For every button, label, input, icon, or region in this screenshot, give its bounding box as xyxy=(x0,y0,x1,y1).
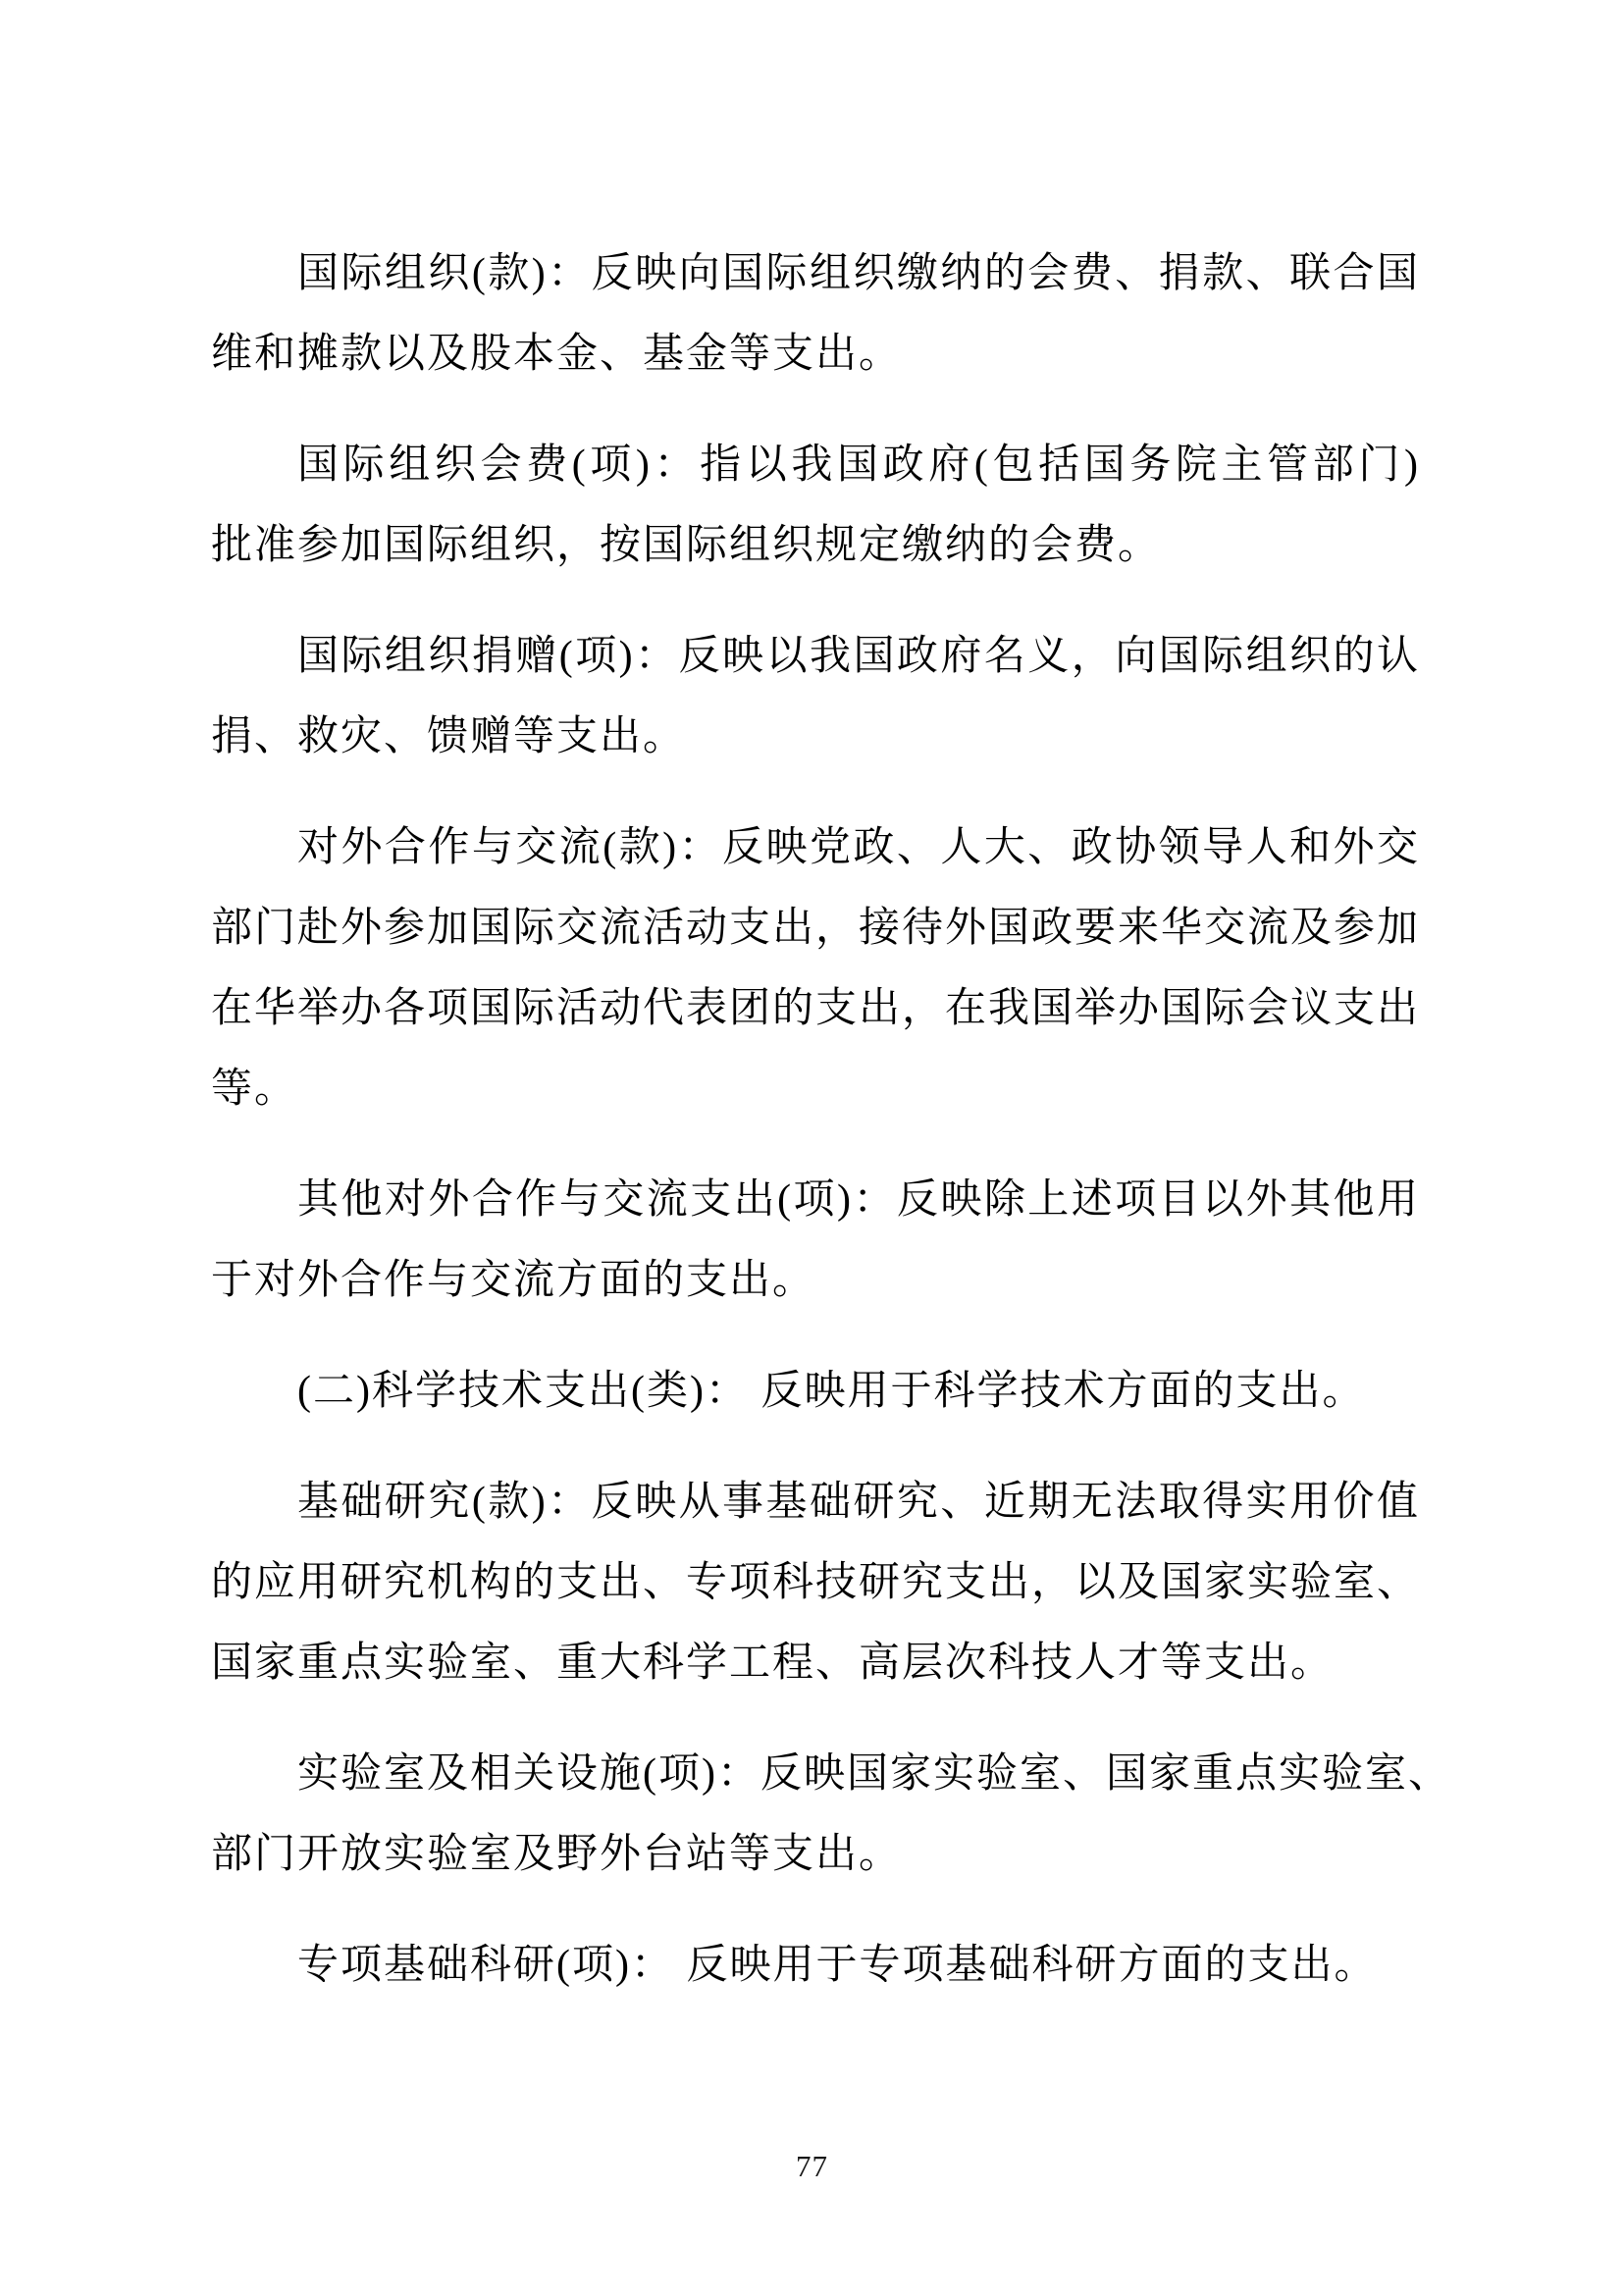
text-line: 其他对外合作与交流支出(项)：反映除上述项目以外其他用 xyxy=(211,1160,1420,1240)
text-line: 实验室及相关设施(项)：反映国家实验室、国家重点实验室、 xyxy=(211,1734,1420,1814)
text-line: 维和摊款以及股本金、基金等支出。 xyxy=(211,314,1420,394)
text-line: 部门赴外参加国际交流活动支出，接待外国政要来华交流及参加 xyxy=(211,888,1420,968)
paragraph: 专项基础科研(项)： 反映用于专项基础科研方面的支出。 xyxy=(211,1925,1420,2006)
text-line: 国际组织捐赠(项)：反映以我国政府名义，向国际组织的认 xyxy=(211,616,1420,697)
paragraph: 对外合作与交流(款)：反映党政、人大、政协领导人和外交部门赴外参加国际交流活动支… xyxy=(211,808,1420,1129)
text-line: 国际组织会费(项)：指以我国政府(包括国务院主管部门) xyxy=(211,425,1420,505)
paragraph: 国际组织捐赠(项)：反映以我国政府名义，向国际组织的认捐、救灾、馈赠等支出。 xyxy=(211,616,1420,777)
paragraph: 其他对外合作与交流支出(项)：反映除上述项目以外其他用于对外合作与交流方面的支出… xyxy=(211,1160,1420,1321)
text-line: 的应用研究机构的支出、专项科技研究支出，以及国家实验室、 xyxy=(211,1542,1420,1623)
text-line: 国家重点实验室、重大科学工程、高层次科技人才等支出。 xyxy=(211,1623,1420,1703)
page-number: 77 xyxy=(0,2145,1624,2188)
paragraph: 国际组织(款)：反映向国际组织缴纳的会费、捐款、联合国维和摊款以及股本金、基金等… xyxy=(211,234,1420,394)
paragraph: 国际组织会费(项)：指以我国政府(包括国务院主管部门)批准参加国际组织，按国际组… xyxy=(211,425,1420,586)
text-line: 在华举办各项国际活动代表团的支出，在我国举办国际会议支出 xyxy=(211,968,1420,1049)
text-line: 捐、救灾、馈赠等支出。 xyxy=(211,697,1420,777)
text-line: 专项基础科研(项)： 反映用于专项基础科研方面的支出。 xyxy=(211,1925,1420,2006)
paragraph: (二)科学技术支出(类)： 反映用于科学技术方面的支出。 xyxy=(211,1351,1420,1432)
document-body: 国际组织(款)：反映向国际组织缴纳的会费、捐款、联合国维和摊款以及股本金、基金等… xyxy=(211,234,1420,2006)
text-line: 于对外合作与交流方面的支出。 xyxy=(211,1240,1420,1321)
text-line: 等。 xyxy=(211,1049,1420,1129)
paragraph: 基础研究(款)：反映从事基础研究、近期无法取得实用价值的应用研究机构的支出、专项… xyxy=(211,1462,1420,1703)
text-line: 国际组织(款)：反映向国际组织缴纳的会费、捐款、联合国 xyxy=(211,234,1420,314)
text-line: 部门开放实验室及野外台站等支出。 xyxy=(211,1814,1420,1895)
text-line: 对外合作与交流(款)：反映党政、人大、政协领导人和外交 xyxy=(211,808,1420,888)
text-line: 批准参加国际组织，按国际组织规定缴纳的会费。 xyxy=(211,505,1420,586)
document-page: 国际组织(款)：反映向国际组织缴纳的会费、捐款、联合国维和摊款以及股本金、基金等… xyxy=(0,0,1624,2295)
text-line: (二)科学技术支出(类)： 反映用于科学技术方面的支出。 xyxy=(211,1351,1420,1432)
paragraph: 实验室及相关设施(项)：反映国家实验室、国家重点实验室、部门开放实验室及野外台站… xyxy=(211,1734,1420,1895)
text-line: 基础研究(款)：反映从事基础研究、近期无法取得实用价值 xyxy=(211,1462,1420,1542)
